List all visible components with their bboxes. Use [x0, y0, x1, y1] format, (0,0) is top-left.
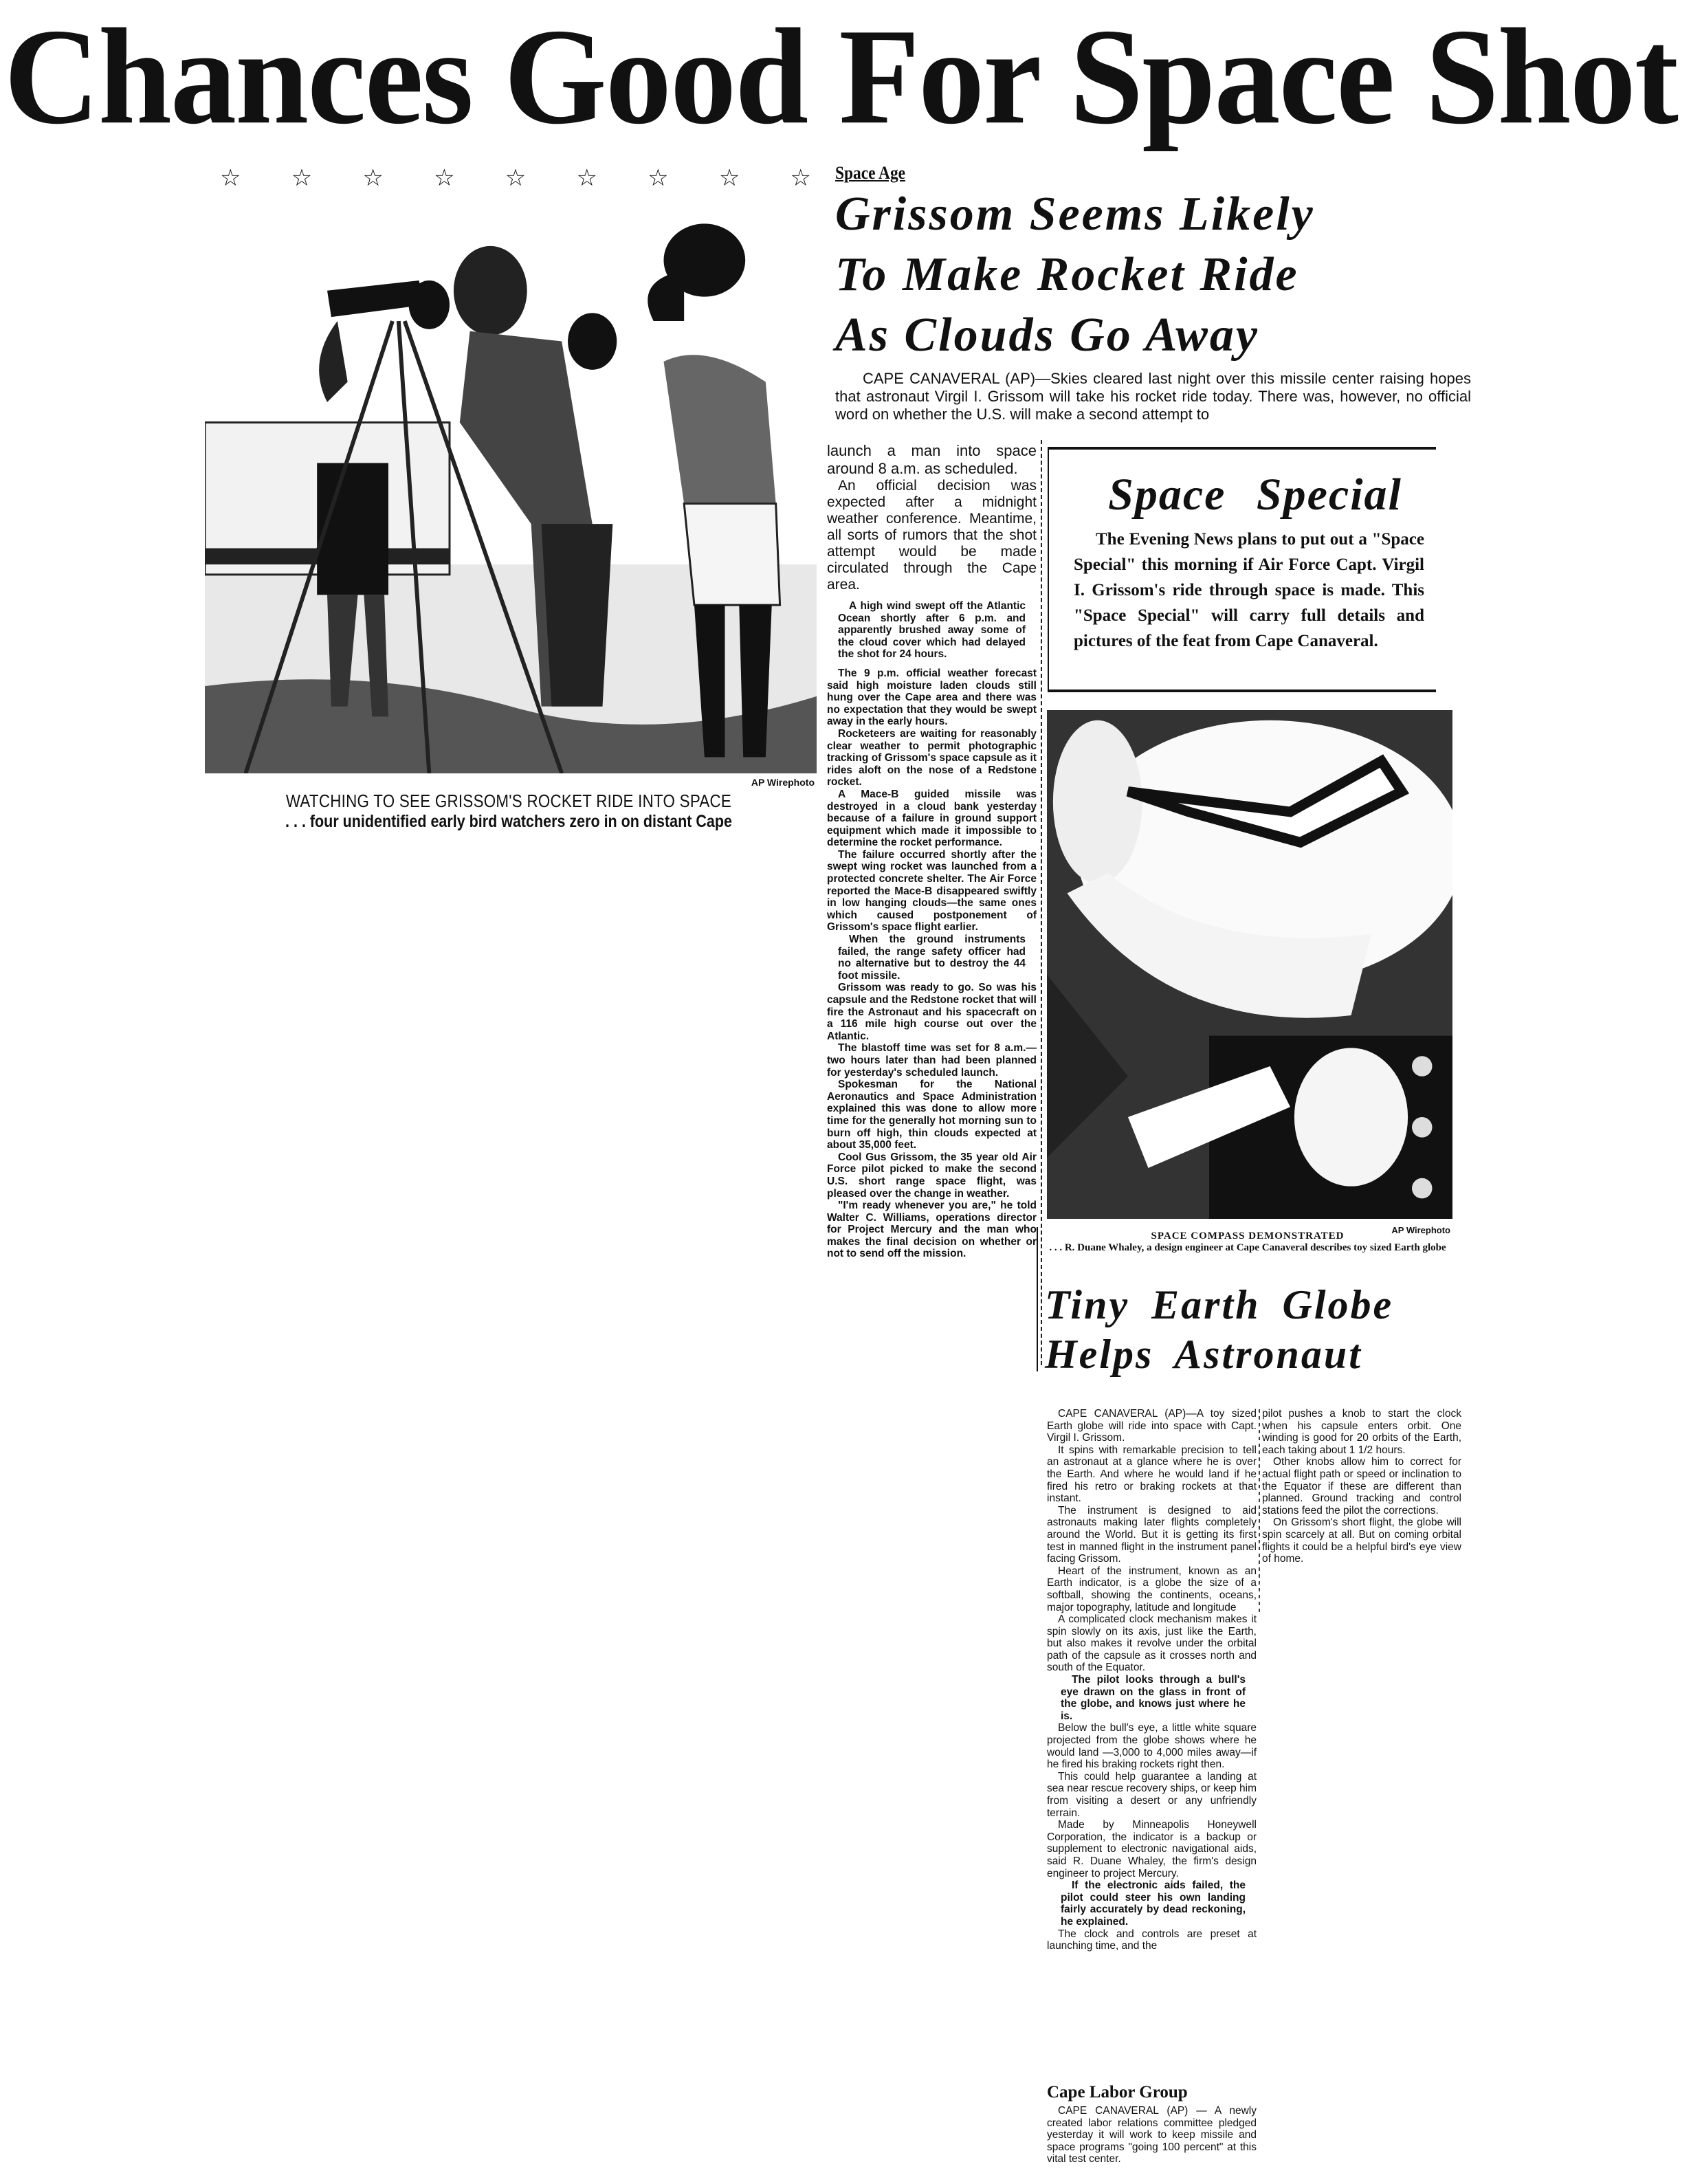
paragraph: A complicated clock mechanism makes it s…	[1047, 1613, 1257, 1674]
bird-watchers-photo	[205, 199, 817, 773]
headline-line: To Make Rocket Ride	[835, 245, 1509, 305]
paragraph: This could help guarantee a landing at s…	[1047, 1771, 1257, 1819]
column-rule	[1037, 1227, 1038, 1371]
paragraph: The failure occurred shortly after the s…	[827, 849, 1037, 934]
banner-headline-text: Chances Good For Space Shot	[0, 7, 1677, 147]
paragraph: The Evening News plans to put out a "Spa…	[1074, 527, 1424, 654]
photo-credit: AP Wirephoto	[687, 777, 815, 788]
paragraph: When the ground instruments failed, the …	[838, 934, 1026, 982]
star-icon: ☆	[505, 165, 526, 192]
paragraph: A Mace-B guided missile was destroyed in…	[827, 788, 1037, 849]
star-icon: ☆	[220, 165, 241, 192]
paragraph: CAPE CANAVERAL (AP)—A toy sized Earth gl…	[1047, 1408, 1257, 1444]
globe-story-headline: Tiny Earth Globe Helps Astronaut	[1045, 1280, 1471, 1379]
paragraph: Grissom was ready to go. So was his caps…	[827, 982, 1037, 1042]
headline-line: Helps Astronaut	[1045, 1330, 1471, 1379]
paragraph: Cool Gus Grissom, the 35 year old Air Fo…	[827, 1151, 1037, 1200]
space-special-title: Space Special	[1076, 469, 1434, 521]
paragraph: Below the bull's eye, a little white squ…	[1047, 1722, 1257, 1770]
paragraph: launch a man into space around 8 a.m. as…	[827, 442, 1037, 478]
banner-headline: Chances Good For Space Shot	[0, 7, 1691, 151]
globe-story-column-2: pilot pushes a knob to start the clock w…	[1262, 1408, 1461, 1565]
photo-image	[205, 199, 817, 773]
star-icon: ☆	[648, 165, 668, 192]
space-special-box: Space Special The Evening News plans to …	[1048, 447, 1436, 692]
paragraph: Other knobs allow him to correct for act…	[1262, 1456, 1461, 1516]
column-rule	[1041, 440, 1042, 1368]
paragraph: A high wind swept off the Atlantic Ocean…	[838, 600, 1026, 661]
photo-caption: WATCHING TO SEE GRISSOM'S ROCKET RIDE IN…	[206, 791, 811, 832]
lead-paragraph: CAPE CANAVERAL (AP)—Skies cleared last n…	[835, 370, 1471, 423]
headline-line: As Clouds Go Away	[835, 305, 1509, 366]
star-icon: ☆	[576, 165, 597, 192]
labor-story-text: CAPE CANAVERAL (AP) — A newly created la…	[1047, 2105, 1257, 2165]
caption-subtitle: . . . four unidentified early bird watch…	[249, 811, 769, 832]
main-story-headline: Grissom Seems Likely To Make Rocket Ride…	[835, 184, 1509, 366]
paragraph: An official decision was expected after …	[827, 478, 1037, 593]
star-divider: ☆☆☆☆☆☆☆☆☆	[220, 165, 811, 192]
star-icon: ☆	[791, 165, 811, 192]
paragraph: pilot pushes a knob to start the clock w…	[1262, 1408, 1461, 1456]
paragraph: The pilot looks through a bull's eye dra…	[1061, 1674, 1246, 1722]
caption-title: WATCHING TO SEE GRISSOM'S ROCKET RIDE IN…	[249, 791, 769, 811]
caption-subtitle: . . . R. Duane Whaley, a design engineer…	[1045, 1242, 1450, 1254]
paragraph: The 9 p.m. official weather forecast sai…	[827, 668, 1037, 728]
globe-story-column-1: CAPE CANAVERAL (AP)—A toy sized Earth gl…	[1047, 1408, 1257, 1952]
photo-caption: SPACE COMPASS DEMONSTRATED . . . R. Duan…	[1045, 1231, 1450, 1254]
paragraph: CAPE CANAVERAL (AP) — A newly created la…	[1047, 2105, 1257, 2165]
labor-story-headline: Cape Labor Group	[1047, 2083, 1188, 2102]
headline-line: Grissom Seems Likely	[835, 184, 1509, 245]
space-compass-photo	[1047, 710, 1452, 1219]
paragraph: Heart of the instrument, known as an Ear…	[1047, 1565, 1257, 1613]
paragraph: If the electronic aids failed, the pilot…	[1061, 1879, 1246, 1928]
main-story-lead: CAPE CANAVERAL (AP)—Skies cleared last n…	[835, 370, 1471, 423]
headline-line: Tiny Earth Globe	[1045, 1280, 1471, 1330]
space-special-text: The Evening News plans to put out a "Spa…	[1074, 527, 1424, 654]
paragraph: On Grissom's short flight, the globe wil…	[1262, 1516, 1461, 1565]
paragraph: Rocketeers are waiting for reasonably cl…	[827, 728, 1037, 788]
section-kicker: Space Age	[835, 163, 905, 184]
star-icon: ☆	[291, 165, 312, 192]
paragraph: Made by Minneapolis Honeywell Corporatio…	[1047, 1819, 1257, 1879]
main-story-column: launch a man into space around 8 a.m. as…	[827, 442, 1037, 1260]
column-rule	[1259, 1409, 1260, 1615]
paragraph: "I'm ready whenever you are," he told Wa…	[827, 1200, 1037, 1260]
star-icon: ☆	[719, 165, 740, 192]
caption-title: SPACE COMPASS DEMONSTRATED	[1045, 1231, 1450, 1242]
photo-image	[1047, 710, 1452, 1219]
star-icon: ☆	[434, 165, 454, 192]
paragraph: It spins with remarkable precision to te…	[1047, 1444, 1257, 1505]
paragraph: The instrument is designed to aid astron…	[1047, 1505, 1257, 1565]
star-icon: ☆	[362, 165, 383, 192]
paragraph: The blastoff time was set for 8 a.m.—two…	[827, 1042, 1037, 1079]
paragraph: Spokesman for the National Aeronautics a…	[827, 1079, 1037, 1151]
paragraph: The clock and controls are preset at lau…	[1047, 1928, 1257, 1952]
